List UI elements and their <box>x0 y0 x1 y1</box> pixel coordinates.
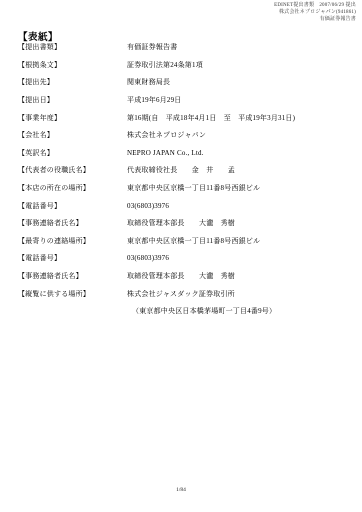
table-row: 【電話番号】 03(6803)3976 <box>18 197 354 215</box>
field-value: 平成19年6月29日 <box>127 95 354 105</box>
field-value: 取締役管理本部長 大瀧 秀樹 <box>127 271 354 281</box>
table-row: 【事務連絡者氏名】 取締役管理本部長 大瀧 秀樹 <box>18 267 354 285</box>
table-row: 【会社名】 株式会社ネプロジャパン <box>18 126 354 144</box>
field-value: 有価証券報告書 <box>127 42 354 52</box>
field-label: 【縦覧に供する場所】 <box>18 289 127 299</box>
table-row: 【事務連絡者氏名】 取締役管理本部長 大瀧 秀樹 <box>18 214 354 232</box>
table-row: 【英訳名】 NEPRO JAPAN Co., Ltd. <box>18 144 354 162</box>
field-value: 東京都中央区京橋一丁目11番8号西銀ビル <box>127 236 354 246</box>
field-label: 【事務連絡者氏名】 <box>18 218 127 228</box>
table-row: 【提出書類】 有価証券報告書 <box>18 39 354 57</box>
edinet-header-line3: 有価証券報告書 <box>274 16 356 23</box>
field-value: 株式会社ジャスダック証券取引所 <box>127 289 354 299</box>
field-label: 【電話番号】 <box>18 253 127 263</box>
table-row: 【代表者の役職氏名】 代表取締役社長 金 井 孟 <box>18 162 354 180</box>
field-label: 【事業年度】 <box>18 113 127 123</box>
field-label: 【事務連絡者氏名】 <box>18 271 127 281</box>
field-label: 【電話番号】 <box>18 201 127 211</box>
field-label: 【提出書類】 <box>18 42 127 52</box>
table-row-continuation: （東京都中央区日本橋茅場町一丁目4番9号） <box>18 302 354 320</box>
field-value: 取締役管理本部長 大瀧 秀樹 <box>127 218 354 228</box>
edinet-header: EDINET提出書類 2007/06/29 提出 株式会社ネプロジャパン(941… <box>274 2 356 23</box>
field-label: 【代表者の役職氏名】 <box>18 165 127 175</box>
field-value: 証券取引法第24条第1項 <box>127 60 354 70</box>
table-row: 【提出先】 関東財務局長 <box>18 74 354 92</box>
field-value: NEPRO JAPAN Co., Ltd. <box>127 149 354 157</box>
field-label: 【英訳名】 <box>18 148 127 158</box>
field-label: 【根拠条文】 <box>18 60 127 70</box>
field-value: 03(6803)3976 <box>127 254 354 262</box>
table-row: 【電話番号】 03(6803)3976 <box>18 250 354 268</box>
field-value: 03(6803)3976 <box>127 202 354 210</box>
table-row: 【最寄りの連絡場所】 東京都中央区京橋一丁目11番8号西銀ビル <box>18 232 354 250</box>
field-label: 【会社名】 <box>18 130 127 140</box>
field-value: 株式会社ネプロジャパン <box>127 130 354 140</box>
field-label: 【本店の所在の場所】 <box>18 183 127 193</box>
field-value: 代表取締役社長 金 井 孟 <box>127 165 354 175</box>
table-row: 【提出日】 平成19年6月29日 <box>18 91 354 109</box>
field-label: 【提出日】 <box>18 95 127 105</box>
field-label: 【提出先】 <box>18 77 127 87</box>
page-number: 1/84 <box>0 487 362 493</box>
field-value: 第16期(自 平成18年4月1日 至 平成19年3月31日) <box>127 113 354 123</box>
field-value: 東京都中央区京橋一丁目11番8号西銀ビル <box>127 183 354 193</box>
field-label: 【最寄りの連絡場所】 <box>18 236 127 246</box>
table-row: 【根拠条文】 証券取引法第24条第1項 <box>18 56 354 74</box>
cover-table: 【提出書類】 有価証券報告書 【根拠条文】 証券取引法第24条第1項 【提出先】… <box>18 39 354 321</box>
table-row: 【事業年度】 第16期(自 平成18年4月1日 至 平成19年3月31日) <box>18 109 354 127</box>
table-row: 【本店の所在の場所】 東京都中央区京橋一丁目11番8号西銀ビル <box>18 179 354 197</box>
field-value: 関東財務局長 <box>127 77 354 87</box>
table-row: 【縦覧に供する場所】 株式会社ジャスダック証券取引所 <box>18 285 354 303</box>
field-value: （東京都中央区日本橋茅場町一丁目4番9号） <box>127 306 354 316</box>
document-page: { "page": { "header": { "line1": "EDINET… <box>0 0 362 512</box>
edinet-header-line2: 株式会社ネプロジャパン(941861) <box>274 9 356 16</box>
edinet-header-line1: EDINET提出書類 2007/06/29 提出 <box>274 2 356 9</box>
